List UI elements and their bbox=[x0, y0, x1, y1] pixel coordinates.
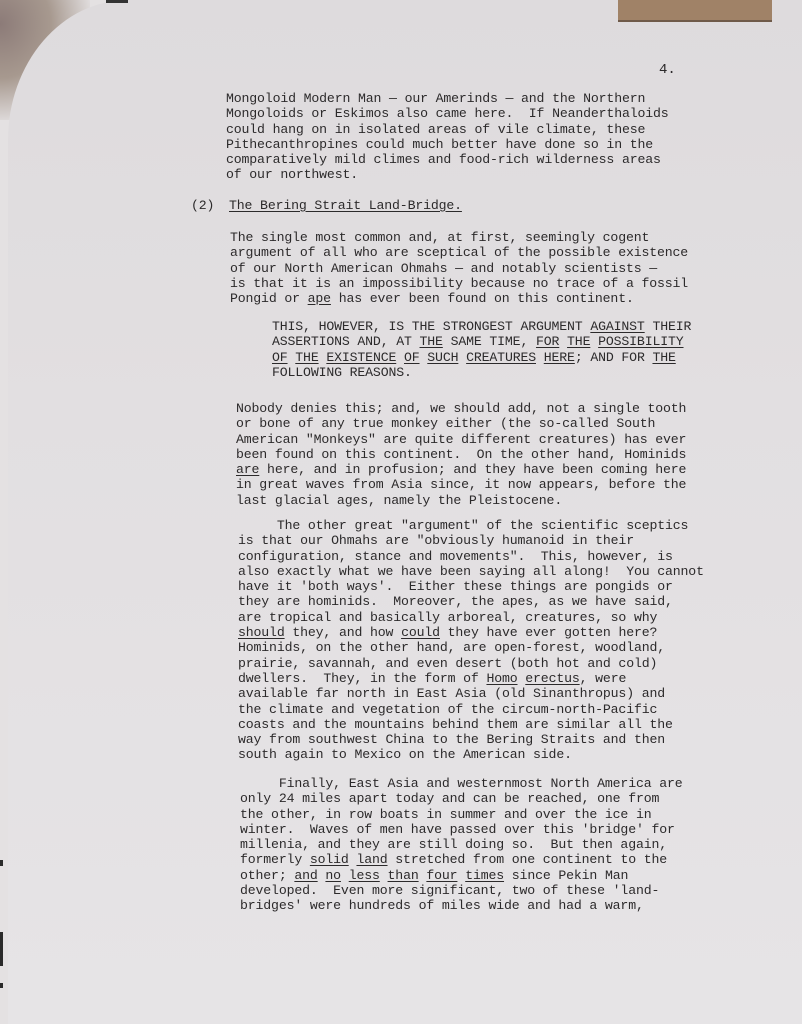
underlined-word: THE bbox=[567, 334, 590, 349]
paragraph-2: Nobody denies this; and, we should add, … bbox=[236, 401, 686, 508]
text-line: the other, in row boats in summer and ov… bbox=[240, 807, 683, 822]
text-line: formerly solid land stretched from one c… bbox=[240, 852, 683, 867]
text-line: Nobody denies this; and, we should add, … bbox=[236, 401, 686, 416]
paragraph-3: The other great "argument" of the scient… bbox=[238, 518, 704, 763]
intro-paragraph: Mongoloid Modern Man — our Amerinds — an… bbox=[226, 91, 669, 183]
underlined-word: are bbox=[236, 462, 259, 477]
text-line: south again to Mexico on the American si… bbox=[238, 747, 704, 762]
folder-tab bbox=[618, 0, 772, 22]
underlined-word: ape bbox=[308, 291, 331, 306]
text-line: American "Monkeys" are quite different c… bbox=[236, 432, 686, 447]
text-line: Pithecanthropines could much better have… bbox=[226, 137, 669, 152]
text-line: or bone of any true monkey either (the s… bbox=[236, 416, 686, 431]
edge-mark bbox=[106, 0, 128, 3]
text-line: they are hominids. Moreover, the apes, a… bbox=[238, 594, 704, 609]
underlined-word: OF bbox=[404, 350, 420, 365]
underlined-word: times bbox=[465, 868, 504, 883]
underlined-word: THE bbox=[420, 334, 443, 349]
text-line: The other great "argument" of the scient… bbox=[238, 518, 704, 533]
underlined-word: than bbox=[388, 868, 419, 883]
underlined-word: less bbox=[349, 868, 380, 883]
section-number: (2) bbox=[191, 198, 214, 213]
text-line: Pongid or ape has ever been found on thi… bbox=[230, 291, 688, 306]
text-line: should they, and how could they have eve… bbox=[238, 625, 704, 640]
text-line: FOLLOWING REASONS. bbox=[272, 365, 691, 380]
underlined-word: and bbox=[294, 868, 317, 883]
underlined-word: four bbox=[426, 868, 457, 883]
text-line: the climate and vegetation of the circum… bbox=[238, 702, 704, 717]
text-line: have it 'both ways'. Either these things… bbox=[238, 579, 704, 594]
text-line: of our North American Ohmahs — and notab… bbox=[230, 261, 688, 276]
text-line: also exactly what we have been saying al… bbox=[238, 564, 704, 579]
text-line: Mongoloid Modern Man — our Amerinds — an… bbox=[226, 91, 669, 106]
text-line: are here, and in profusion; and they hav… bbox=[236, 462, 686, 477]
underlined-word: Homo bbox=[486, 671, 517, 686]
text-line: winter. Waves of men have passed over th… bbox=[240, 822, 683, 837]
underlined-word: EXISTENCE bbox=[326, 350, 396, 365]
underlined-word: land bbox=[356, 852, 387, 867]
text-line: ASSERTIONS AND, AT THE SAME TIME, FOR TH… bbox=[272, 334, 691, 349]
text-line: are tropical and basically arboreal, cre… bbox=[238, 610, 704, 625]
edge-mark bbox=[0, 983, 3, 988]
text-line: configuration, stance and movements". Th… bbox=[238, 549, 704, 564]
page-number: 4. bbox=[659, 62, 676, 78]
section-title: The Bering Strait Land-Bridge. bbox=[229, 198, 462, 213]
underlined-word: THE bbox=[652, 350, 675, 365]
edge-mark bbox=[0, 932, 3, 966]
paragraph-1: The single most common and, at first, se… bbox=[230, 230, 688, 306]
emphasis-block: THIS, HOWEVER, IS THE STRONGEST ARGUMENT… bbox=[272, 319, 691, 380]
text-line: been found on this continent. On the oth… bbox=[236, 447, 686, 462]
text-line: Mongoloids or Eskimos also came here. If… bbox=[226, 106, 669, 121]
text-line: is that it is an impossibility because n… bbox=[230, 276, 688, 291]
text-line: way from southwest China to the Bering S… bbox=[238, 732, 704, 747]
text-line: available far north in East Asia (old Si… bbox=[238, 686, 704, 701]
underlined-word: FOR bbox=[536, 334, 559, 349]
underlined-word: AGAINST bbox=[590, 319, 644, 334]
text-line: prairie, savannah, and even desert (both… bbox=[238, 656, 704, 671]
underlined-word: OF bbox=[272, 350, 288, 365]
text-line: dwellers. They, in the form of Homo erec… bbox=[238, 671, 704, 686]
text-line: coasts and the mountains behind them are… bbox=[238, 717, 704, 732]
text-line: developed. Even more significant, two of… bbox=[240, 883, 683, 898]
text-line: is that our Ohmahs are "obviously humano… bbox=[238, 533, 704, 548]
text-line: millenia, and they are still doing so. B… bbox=[240, 837, 683, 852]
underlined-word: solid bbox=[310, 852, 349, 867]
underlined-word: HERE bbox=[544, 350, 575, 365]
text-line: Hominids, on the other hand, are open-fo… bbox=[238, 640, 704, 655]
text-line: in great waves from Asia since, it now a… bbox=[236, 477, 686, 492]
text-line: THIS, HOWEVER, IS THE STRONGEST ARGUMENT… bbox=[272, 319, 691, 334]
edge-mark bbox=[0, 860, 3, 866]
underlined-word: erectus bbox=[525, 671, 579, 686]
underlined-word: no bbox=[325, 868, 341, 883]
text-line: other; and no less than four times since… bbox=[240, 868, 683, 883]
text-line: comparatively mild climes and food-rich … bbox=[226, 152, 669, 167]
text-line: only 24 miles apart today and can be rea… bbox=[240, 791, 683, 806]
text-line: argument of all who are sceptical of the… bbox=[230, 245, 688, 260]
text-line: OF THE EXISTENCE OF SUCH CREATURES HERE;… bbox=[272, 350, 691, 365]
paragraph-4: Finally, East Asia and westernmost North… bbox=[240, 776, 683, 914]
underlined-word: THE bbox=[295, 350, 318, 365]
underlined-word: POSSIBILITY bbox=[598, 334, 683, 349]
text-line: could hang on in isolated areas of vile … bbox=[226, 122, 669, 137]
text-line: Finally, East Asia and westernmost North… bbox=[240, 776, 683, 791]
underlined-word: should bbox=[238, 625, 285, 640]
underlined-word: SUCH bbox=[427, 350, 458, 365]
underlined-word: CREATURES bbox=[466, 350, 536, 365]
text-line: bridges' were hundreds of miles wide and… bbox=[240, 898, 683, 913]
text-line: of our northwest. bbox=[226, 167, 669, 182]
underlined-word: could bbox=[401, 625, 440, 640]
text-line: The single most common and, at first, se… bbox=[230, 230, 688, 245]
text-line: last glacial ages, namely the Pleistocen… bbox=[236, 493, 686, 508]
